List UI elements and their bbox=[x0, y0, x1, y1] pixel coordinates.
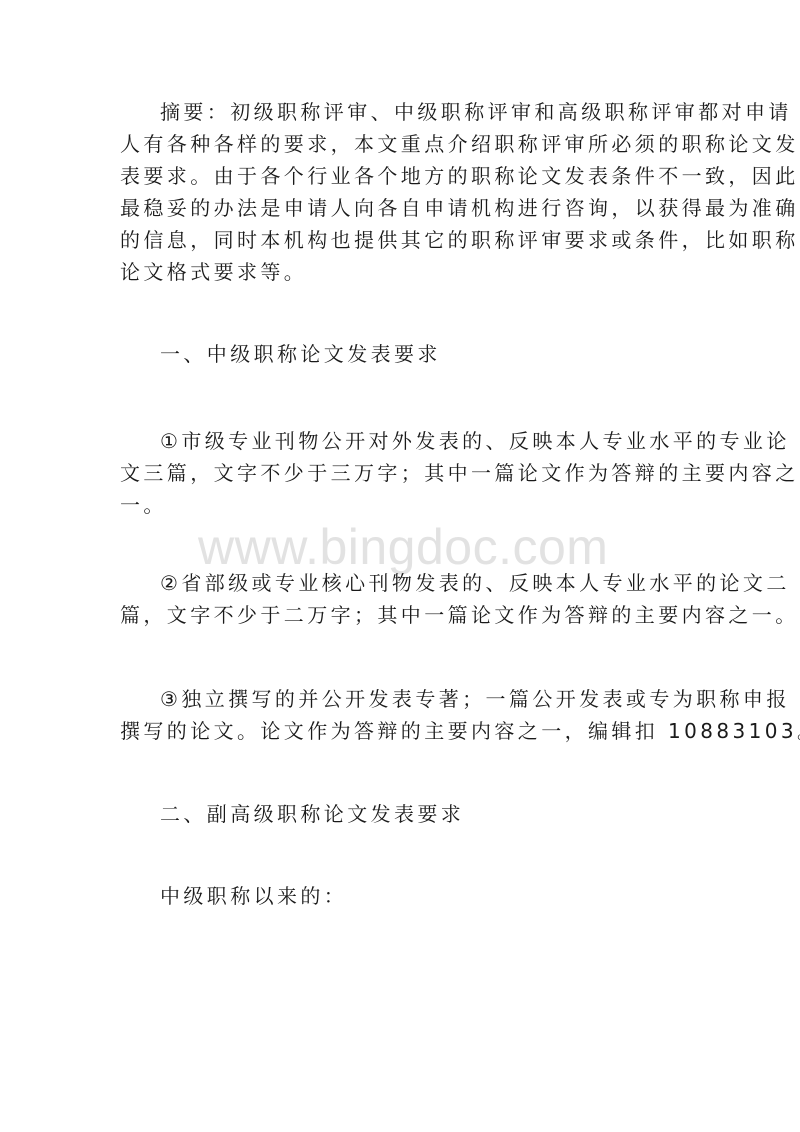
item-line: ②省部级或专业核心刊物发表的、反映本人专业水平的论文二 bbox=[120, 567, 680, 599]
abstract-line: 论文格式要求等。 bbox=[120, 256, 680, 288]
heading-text: 二、副高级职称论文发表要求 bbox=[120, 798, 680, 830]
abstract-line: 的信息，同时本机构也提供其它的职称评审要求或条件，比如职称 bbox=[120, 224, 680, 256]
item-line: 撰写的论文。论文作为答辩的主要内容之一，编辑扣 10883103。 bbox=[120, 715, 680, 747]
sub-heading: 中级职称以来的： bbox=[120, 880, 680, 912]
section-heading-1: 一、中级职称论文发表要求 bbox=[120, 338, 680, 370]
requirement-item-3: ③独立撰写的并公开发表专著；一篇公开发表或专为职称申报 撰写的论文。论文作为答辩… bbox=[120, 683, 680, 747]
item-line: 文三篇，文字不少于三万字；其中一篇论文作为答辩的主要内容之 bbox=[120, 457, 680, 489]
heading-text: 一、中级职称论文发表要求 bbox=[120, 338, 680, 370]
document-page: www.bingdoc.com 摘要：初级职称评审、中级职称评审和高级职称评审都… bbox=[0, 0, 800, 1132]
item-line: ①市级专业刊物公开对外发表的、反映本人专业水平的专业论 bbox=[120, 425, 680, 457]
item-line: 篇，文字不少于二万字；其中一篇论文作为答辩的主要内容之一。 bbox=[120, 599, 680, 631]
abstract-line: 摘要：初级职称评审、中级职称评审和高级职称评审都对申请 bbox=[120, 96, 680, 128]
abstract-line: 人有各种各样的要求，本文重点介绍职称评审所必须的职称论文发 bbox=[120, 128, 680, 160]
abstract-paragraph: 摘要：初级职称评审、中级职称评审和高级职称评审都对申请 人有各种各样的要求，本文… bbox=[120, 96, 680, 288]
requirement-item-2: ②省部级或专业核心刊物发表的、反映本人专业水平的论文二 篇，文字不少于二万字；其… bbox=[120, 567, 680, 631]
abstract-line: 最稳妥的办法是申请人向各自申请机构进行咨询，以获得最为准确 bbox=[120, 192, 680, 224]
requirement-item-1: ①市级专业刊物公开对外发表的、反映本人专业水平的专业论 文三篇，文字不少于三万字… bbox=[120, 425, 680, 521]
sub-heading-text: 中级职称以来的： bbox=[120, 880, 680, 912]
abstract-line: 表要求。由于各个行业各个地方的职称论文发表条件不一致，因此 bbox=[120, 160, 680, 192]
item-line: 一。 bbox=[120, 489, 680, 521]
section-heading-2: 二、副高级职称论文发表要求 bbox=[120, 798, 680, 830]
watermark: www.bingdoc.com bbox=[198, 522, 608, 572]
item-line: ③独立撰写的并公开发表专著；一篇公开发表或专为职称申报 bbox=[120, 683, 680, 715]
